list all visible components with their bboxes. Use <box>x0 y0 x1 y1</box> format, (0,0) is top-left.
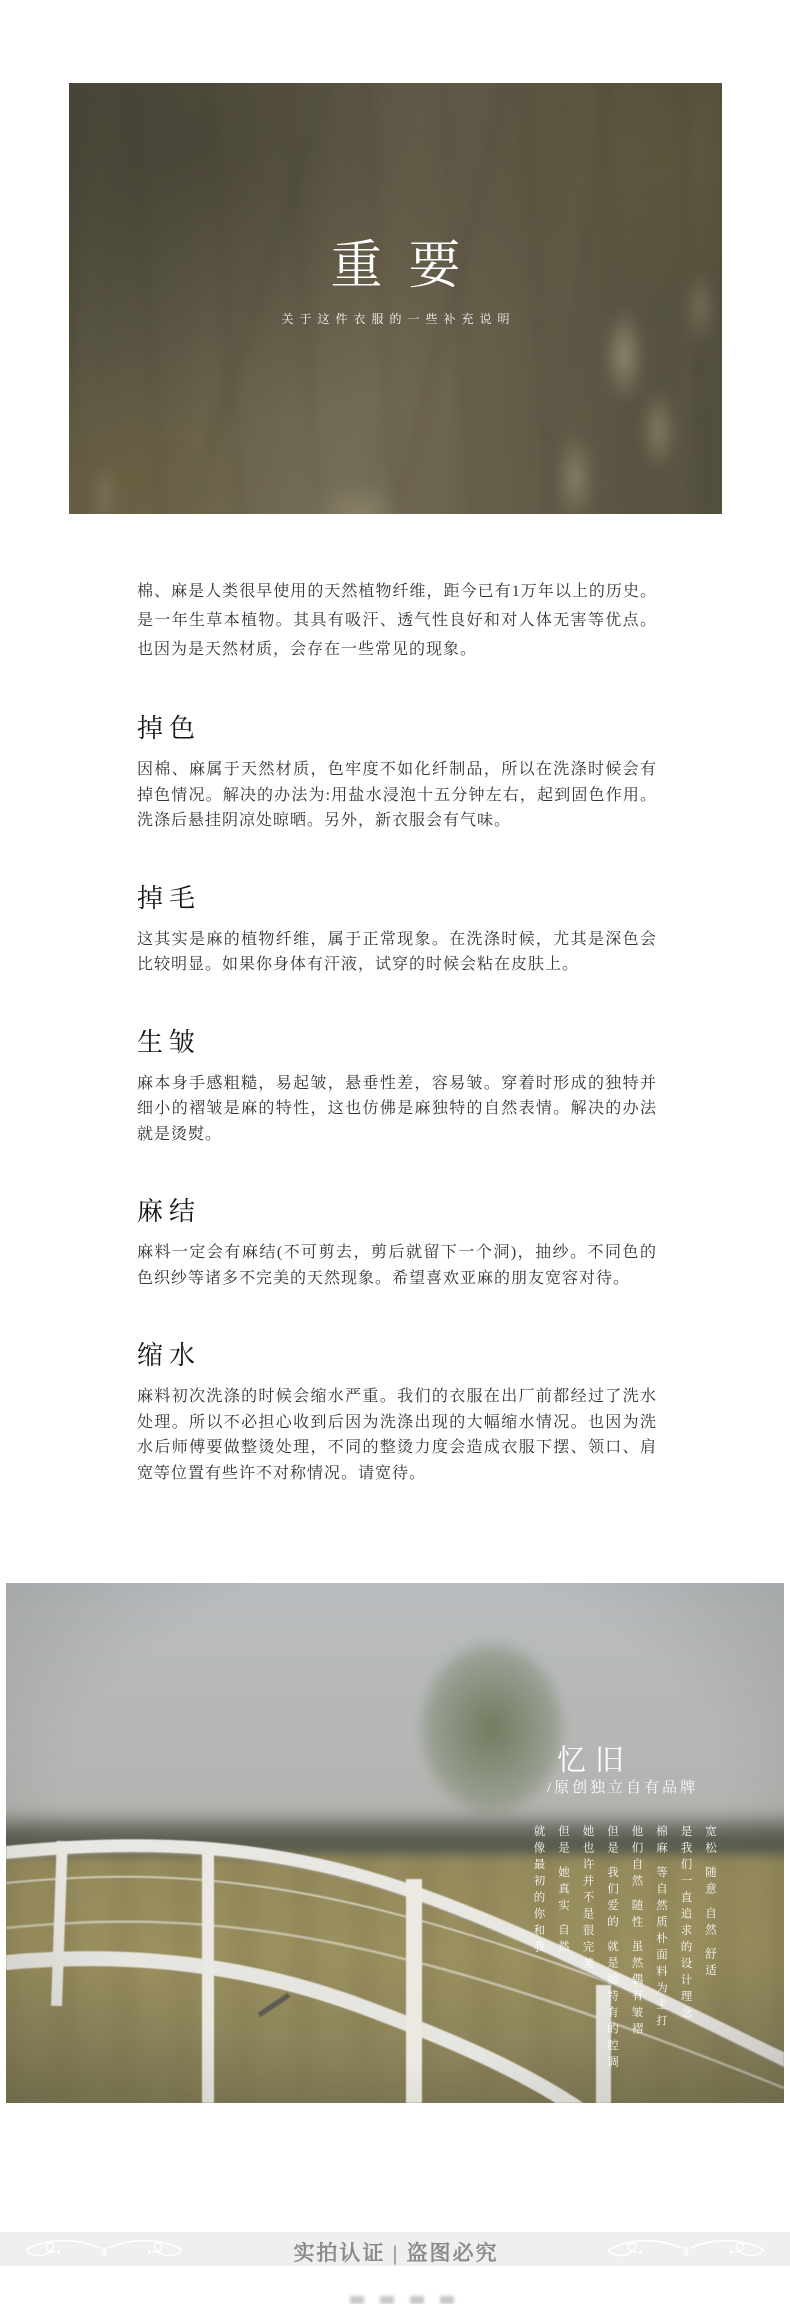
section-body: 因棉、麻属于天然材质，色牢度不如化纤制品，所以在洗涤时候会有掉色情况。解决的办法… <box>137 757 657 834</box>
vertical-line: 但是 她真实 自然 <box>551 1825 576 2103</box>
section-heading: 掉毛 <box>137 886 657 912</box>
vertical-line: 棉麻 等自然质朴面料为主打 <box>649 1825 674 2103</box>
section-body: 麻本身手感粗糙，易起皱，悬垂性差，容易皱。穿着时形成的独特并细小的褶皱是麻的特性… <box>137 1071 657 1148</box>
section-heading: 麻结 <box>137 1199 657 1225</box>
brand-field-photo: 忆旧 /原创独立自有品牌 宽松 随意 自然 舒适 是我们一直追求的设计理念 棉麻… <box>6 1583 784 2103</box>
vertical-line: 就像最初的你和我 <box>526 1825 551 2103</box>
brand-tagline: /原创独立自有品牌 <box>547 1776 698 1797</box>
intro-paragraph: 棉、麻是人类很早使用的天然植物纤维，距今已有1万年以上的历史。是一年生草本植物。… <box>137 577 657 664</box>
vertical-line: 她也许并不是很完美 <box>575 1825 600 2103</box>
section-heading: 掉色 <box>137 716 657 742</box>
section-slubs: 麻结 麻料一定会有麻结(不可剪去，剪后就留下一个洞)，抽纱。不同色的色织纱等诸多… <box>137 1199 657 1291</box>
brand-logo-text: 忆旧 <box>557 1738 633 1779</box>
care-notes-content: 棉、麻是人类很早使用的天然植物纤维，距今已有1万年以上的历史。是一年生草本植物。… <box>137 577 657 1486</box>
section-shrinkage: 缩水 麻料初次洗涤的时候会缩水严重。我们的衣服在出厂前都经过了洗水处理。所以不必… <box>137 1343 657 1486</box>
vertical-line: 是我们一直追求的设计理念 <box>673 1825 698 2103</box>
hero-wheat-photo: 重要 关于这件衣服的一些补充说明 <box>69 83 722 514</box>
brand-vertical-manifesto: 宽松 随意 自然 舒适 是我们一直追求的设计理念 棉麻 等自然质朴面料为主打 他… <box>526 1825 722 2103</box>
product-description-page: 重要 关于这件衣服的一些补充说明 棉、麻是人类很早使用的天然植物纤维，距今已有1… <box>0 0 790 2304</box>
cutoff-content-top <box>350 2296 466 2304</box>
hero-title: 重要 <box>69 223 722 298</box>
hero-dark-overlay <box>69 83 722 514</box>
section-heading: 生皱 <box>137 1030 657 1056</box>
vertical-line: 他们自然 随性 虽然偶有皱褶 <box>624 1825 649 2103</box>
authenticity-banner: 实拍认证 | 盗图必究 <box>0 2232 790 2266</box>
section-wrinkling: 生皱 麻本身手感粗糙，易起皱，悬垂性差，容易皱。穿着时形成的独特并细小的褶皱是麻… <box>137 1030 657 1148</box>
section-fading: 掉色 因棉、麻属于天然材质，色牢度不如化纤制品，所以在洗涤时候会有掉色情况。解决… <box>137 716 657 834</box>
section-heading: 缩水 <box>137 1343 657 1369</box>
section-body: 麻料一定会有麻结(不可剪去，剪后就留下一个洞)，抽纱。不同色的色织纱等诸多不完美… <box>137 1240 657 1291</box>
hero-subtitle: 关于这件衣服的一些补充说明 <box>69 310 722 327</box>
section-shedding: 掉毛 这其实是麻的植物纤维，属于正常现象。在洗涤时候，尤其是深色会比较明显。如果… <box>137 886 657 978</box>
flourish-ornament-icon <box>600 2236 772 2262</box>
section-body: 麻料初次洗涤的时候会缩水严重。我们的衣服在出厂前都经过了洗水处理。所以不必担心收… <box>137 1384 657 1486</box>
vertical-line: 但是 我们爱的 就是她特有的腔调 <box>600 1825 625 2103</box>
vertical-line: 宽松 随意 自然 舒适 <box>698 1825 723 2103</box>
section-body: 这其实是麻的植物纤维，属于正常现象。在洗涤时候，尤其是深色会比较明显。如果你身体… <box>137 927 657 978</box>
